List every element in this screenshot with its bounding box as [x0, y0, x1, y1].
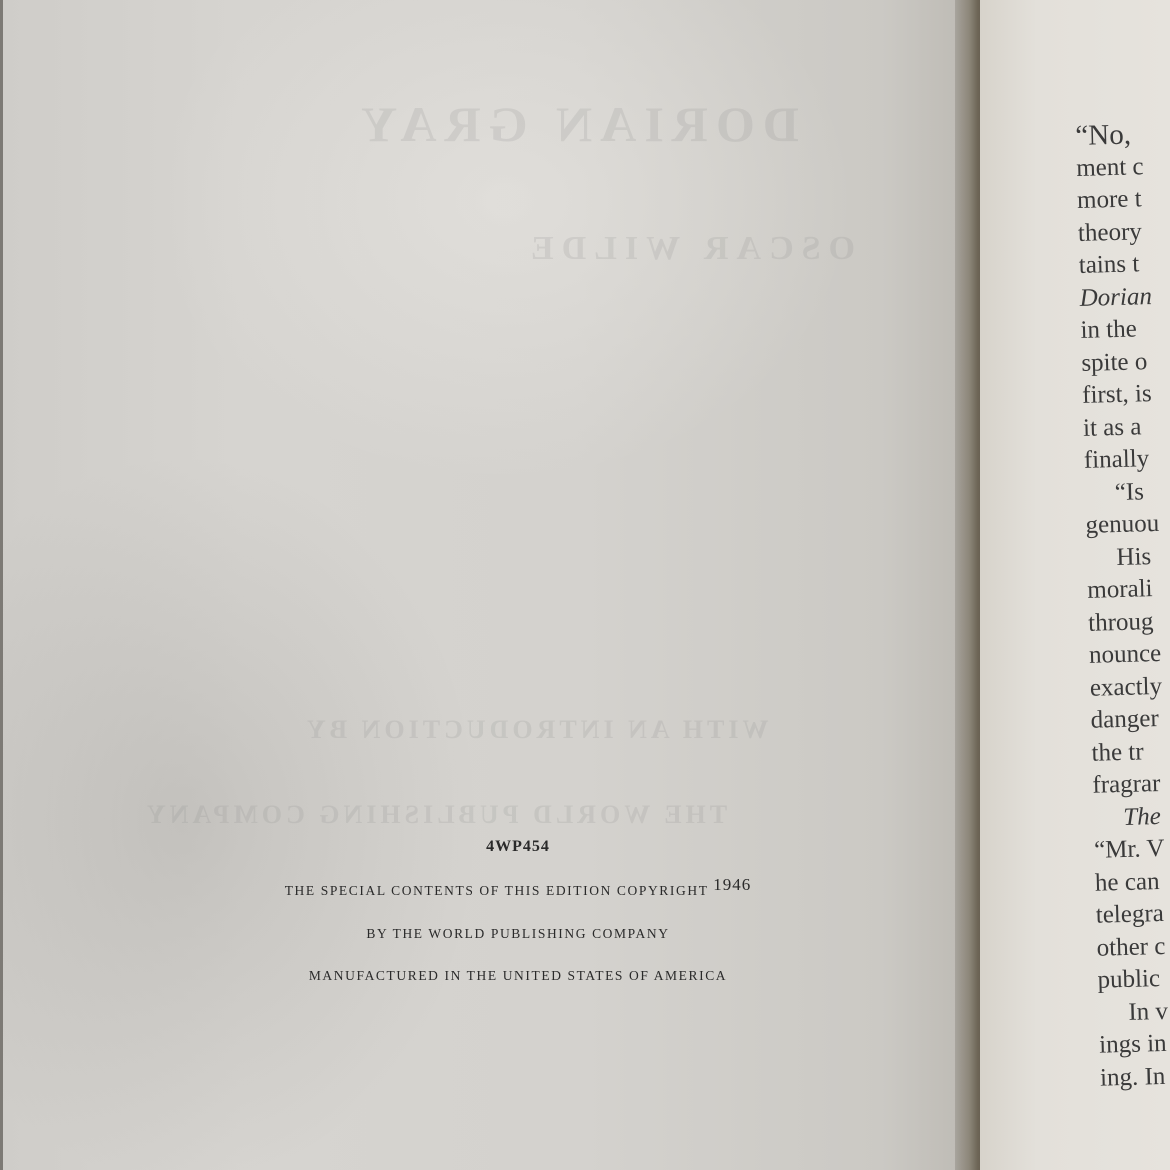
- text-line: other c: [1096, 927, 1170, 965]
- text-line: ing. In: [1100, 1057, 1170, 1095]
- text-line: “Is: [1084, 472, 1170, 510]
- text-line: The: [1093, 797, 1170, 835]
- show-through-line: WITH AN INTRODUCTION BY: [303, 715, 768, 745]
- text-line: His: [1086, 537, 1170, 575]
- text-line: ings in: [1099, 1024, 1170, 1062]
- left-page: DORIAN GRAY OSCAR WILDE WITH AN INTRODUC…: [0, 0, 958, 1170]
- text-line: nounce: [1089, 635, 1170, 673]
- text-line: genuou: [1085, 505, 1170, 543]
- text-line: telegra: [1095, 894, 1170, 932]
- text-line: In v: [1098, 992, 1170, 1030]
- text-line: public: [1097, 959, 1170, 997]
- text-line: finally: [1084, 440, 1170, 478]
- text-line: the tr: [1091, 732, 1170, 770]
- text-line: throug: [1088, 602, 1170, 640]
- copyright-line: THE SPECIAL CONTENTS OF THIS EDITION COP…: [203, 880, 833, 900]
- text-line: “Mr. V: [1094, 830, 1170, 868]
- copyright-block: 4WP454 THE SPECIAL CONTENTS OF THIS EDIT…: [203, 838, 833, 1010]
- text-line: morali: [1087, 570, 1170, 608]
- text-line: more t: [1077, 180, 1170, 218]
- show-through-subtitle: OSCAR WILDE: [523, 230, 855, 268]
- show-through-title: DORIAN GRAY: [353, 95, 799, 153]
- text-line: theory: [1078, 212, 1170, 250]
- text-line: tains t: [1078, 245, 1170, 283]
- text-line: “No,: [1075, 115, 1170, 153]
- text-line: first, is: [1082, 375, 1170, 413]
- text-line: he can: [1095, 862, 1170, 900]
- copyright-text: THE SPECIAL CONTENTS OF THIS EDITION COP…: [285, 883, 709, 898]
- text-line: it as a: [1083, 407, 1170, 445]
- edition-code: 4WP454: [203, 838, 833, 856]
- text-line: in the: [1080, 310, 1170, 348]
- text-line: Dorian: [1079, 277, 1170, 315]
- text-line: exactly: [1089, 667, 1170, 705]
- text-line: fragrar: [1092, 765, 1170, 803]
- show-through-line: THE WORLD PUBLISHING COMPANY: [143, 800, 727, 830]
- text-line: danger: [1090, 700, 1170, 738]
- publisher-line: BY THE WORLD PUBLISHING COMPANY: [203, 926, 833, 942]
- text-line: spite o: [1081, 342, 1170, 380]
- text-line: ment c: [1076, 147, 1170, 185]
- manufactured-line: MANUFACTURED IN THE UNITED STATES OF AME…: [203, 968, 833, 984]
- copyright-year: 1946: [713, 875, 751, 894]
